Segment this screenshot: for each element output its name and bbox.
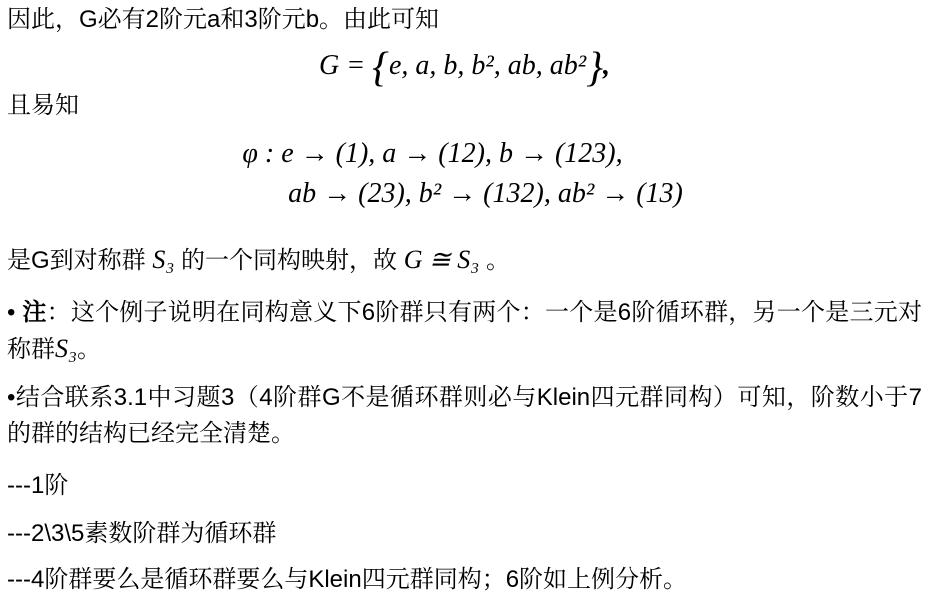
formula-phi-line1: φ : e → (1), a → (12), b → (123), [7,134,922,174]
list-item-order1: ---1阶 [7,468,922,504]
math-s3: S₃ [152,245,174,274]
list-item-order4-6: ---4阶群要么是循环群要么与Klein四元群同构；6阶如上例分析。 [7,562,922,596]
formula-set-comma: , [603,50,610,81]
paragraph-combine: •结合联系3.1中习题3（4阶群G不是循环群则必与Klein四元群同构）可知，阶… [7,380,922,452]
list-item-prime-orders: ---2\3\5素数阶群为循环群 [7,516,922,552]
paragraph-isomorphism: 是G到对称群 S₃ 的一个同构映射，故 G ≅ S₃ 。 [7,242,922,279]
paragraph-intro: 因此，G必有2阶元a和3阶元b。由此可知 [7,2,922,38]
note-label: 注 [22,299,46,326]
paragraph-transition: 且易知 [7,88,922,124]
note-text-2: 。 [77,336,101,363]
note-text-1: ：这个例子说明在同构意义下6阶群只有两个：一个是6阶循环群，另一个是三元对称群 [7,299,922,363]
note-math-s3: S₃ [55,334,77,363]
paragraph-note: • 注：这个例子说明在同构意义下6阶群只有两个：一个是6阶循环群，另一个是三元对… [7,295,922,368]
iso-text-1: 是G到对称群 [7,247,152,274]
combine-text: 结合联系3.1中习题3（4阶群G不是循环群则必与Klein四元群同构）可知，阶数… [7,384,922,447]
formula-phi-line2: ab → (23), b² → (132), ab² → (13) [7,174,922,214]
formula-set-definition: G = {e, a, b, b², ab, ab²}, [7,44,922,88]
iso-text-3: 。 [479,247,510,274]
left-brace: { [372,45,389,91]
math-g-congruent-s3: G ≅ S₃ [404,245,480,274]
formula-set-lhs: G = [319,50,372,81]
right-brace: } [586,45,603,91]
document: 因此，G必有2阶元a和3阶元b。由此可知 G = {e, a, b, b², a… [0,0,934,596]
page: { "colors": { "background": "#ffffff", "… [0,0,934,596]
note-bullet: • [7,299,22,326]
formula-set-body: e, a, b, b², ab, ab² [389,50,586,81]
iso-text-2: 的一个同构映射，故 [174,247,403,274]
